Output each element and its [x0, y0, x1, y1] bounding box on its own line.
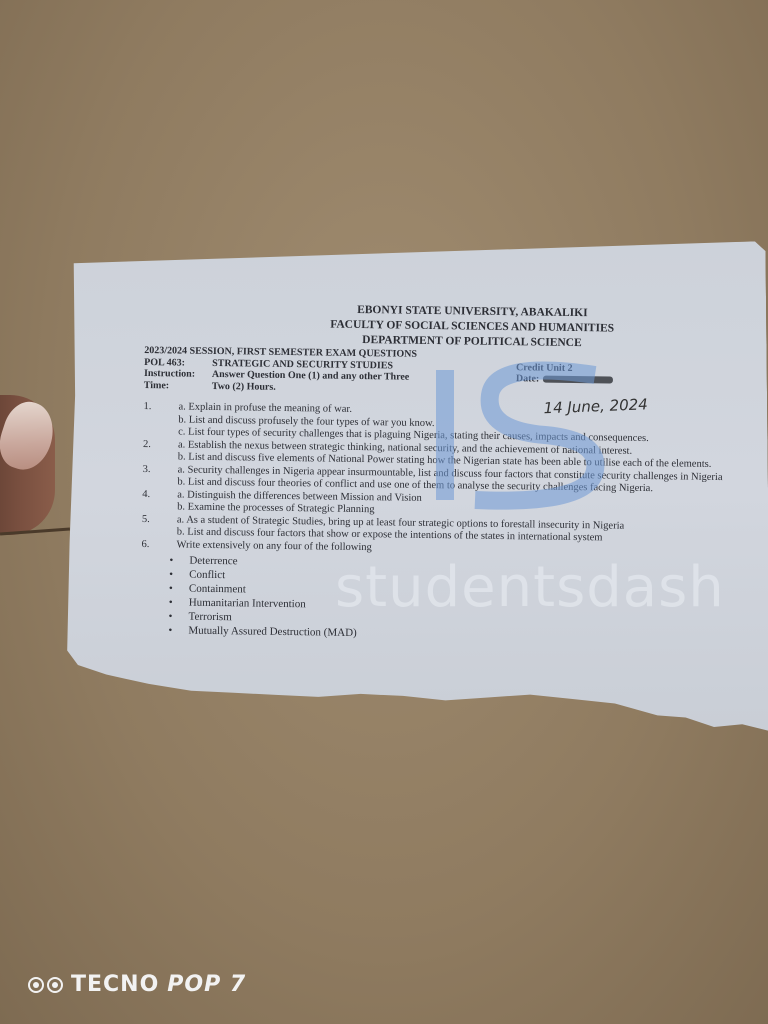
topics-list: DeterrenceConflictContainmentHumanitaria…: [140, 553, 736, 645]
credit-unit: Credit Unit 2: [516, 362, 573, 374]
question-number: 4.: [142, 488, 177, 513]
camera-brand: TECNO: [71, 972, 159, 997]
questions-list: 1.a. Explain in profuse the meaning of w…: [141, 401, 738, 559]
camera-watermark: TECNO POP 7: [28, 972, 246, 997]
time-value: Two (2) Hours.: [212, 380, 276, 392]
camera-lens-icon: [28, 977, 63, 993]
question-number: 6.: [141, 538, 176, 551]
exam-document: EBONYI STATE UNIVERSITY, ABAKALIKI FACUL…: [140, 300, 740, 645]
date-label: Date:: [516, 373, 539, 384]
scribbled-out-date: [543, 376, 613, 384]
camera-model: POP 7: [167, 972, 246, 997]
course-code: POL 463:: [144, 356, 212, 368]
question-number: 1.: [143, 401, 179, 439]
time-label: Time:: [144, 379, 212, 391]
instruction-label: Instruction:: [144, 368, 212, 380]
question-number: 3.: [142, 463, 177, 488]
question-number: 5.: [142, 513, 177, 538]
question-number: 2.: [143, 438, 178, 463]
handwritten-date: 14 June, 2024: [543, 398, 648, 414]
date-field: Date:: [516, 373, 613, 386]
